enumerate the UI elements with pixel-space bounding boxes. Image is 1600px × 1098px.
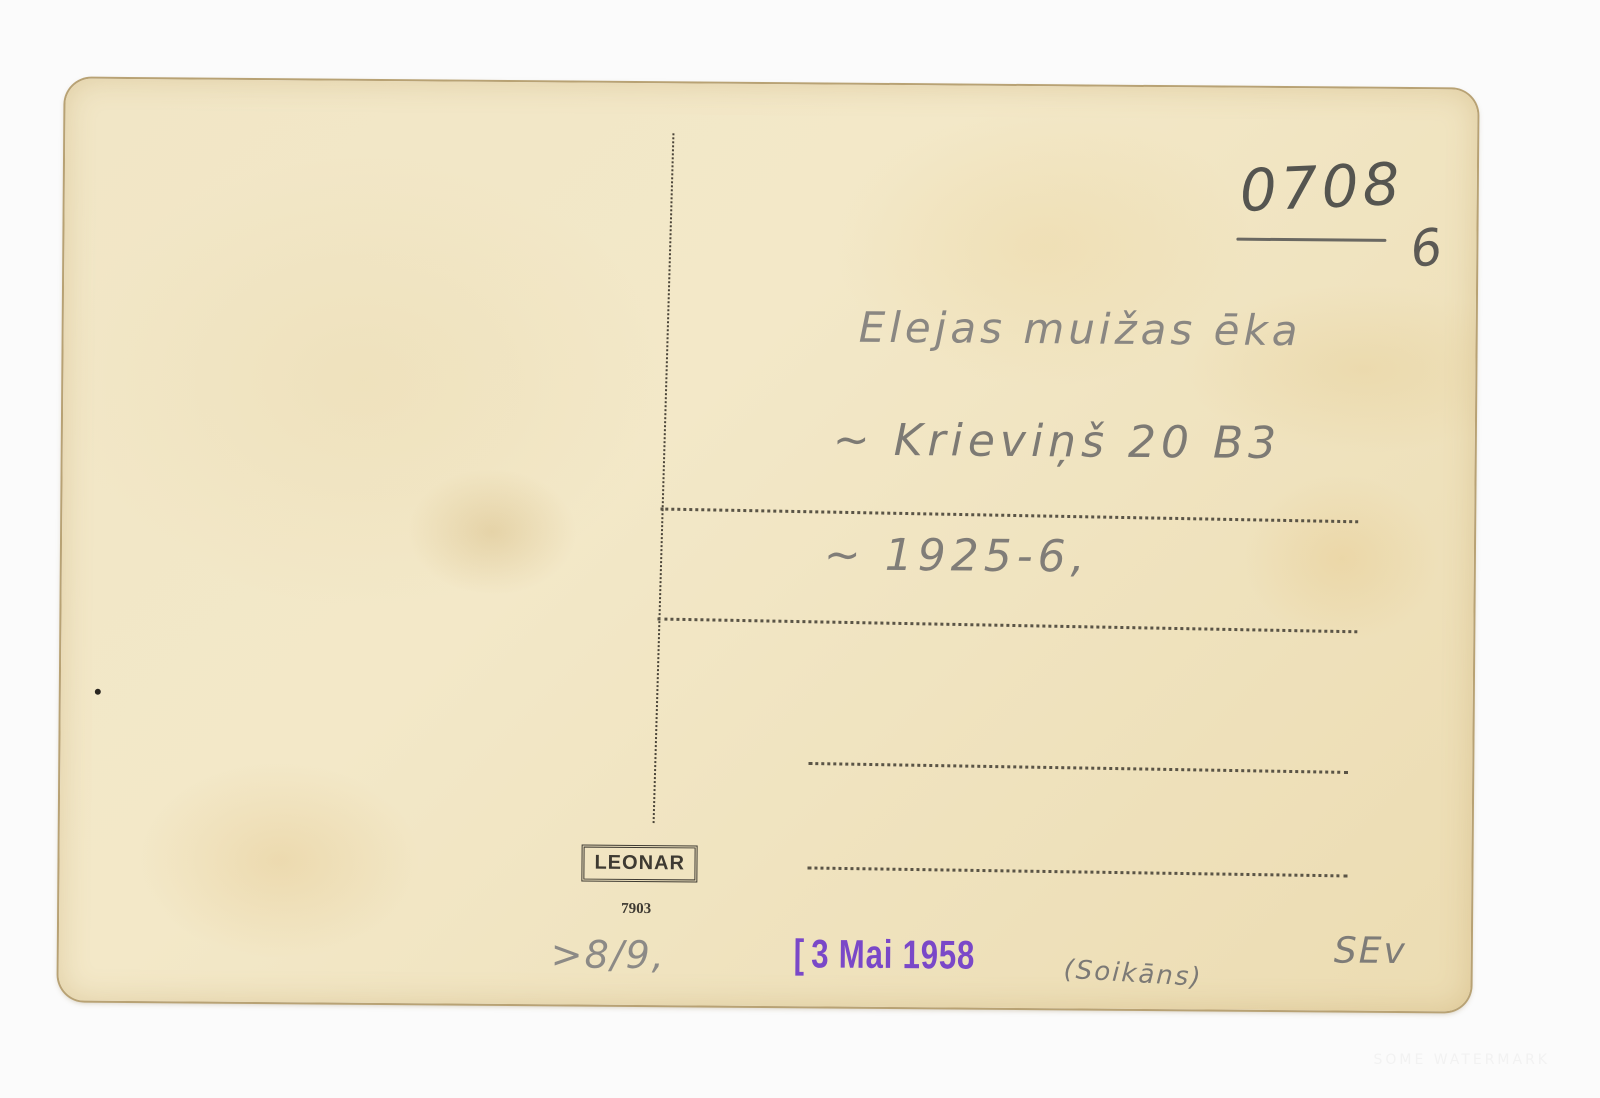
watermark: SOME WATERMARK	[1373, 1052, 1550, 1068]
stamp-annotation: (Soikāns)	[1063, 955, 1203, 993]
postcard-center-divider	[653, 133, 675, 823]
date-stamp-prefix: [	[794, 932, 806, 976]
address-line-4	[807, 866, 1347, 877]
catalog-number: 0708	[1238, 150, 1404, 225]
postcard-back: 0708 6 Elejas muižas ēka ~ Krieviņš 20 B…	[58, 78, 1477, 1011]
date-stamp-text: 3 Mai 1958	[811, 932, 975, 977]
address-line-1	[660, 507, 1358, 523]
handwritten-note-2: ~ Krieviņš 20 B3	[833, 415, 1282, 470]
publisher-logo-stamp: LEONAR	[581, 845, 698, 883]
catalog-number-underline	[1236, 238, 1386, 242]
address-line-2	[657, 617, 1357, 633]
ink-speck	[95, 689, 101, 695]
publisher-number: 7903	[621, 901, 651, 918]
address-line-3	[808, 762, 1348, 774]
date-stamp: [3 Mai 1958	[794, 932, 976, 978]
handwritten-note-3: ~ 1925-6,	[824, 529, 1090, 582]
bottom-right-note: SEv	[1334, 930, 1407, 972]
bottom-left-note: >8/9,	[551, 932, 666, 977]
handwritten-note-1: Elejas muižas ēka	[859, 303, 1302, 355]
corner-mark: 6	[1407, 217, 1448, 279]
